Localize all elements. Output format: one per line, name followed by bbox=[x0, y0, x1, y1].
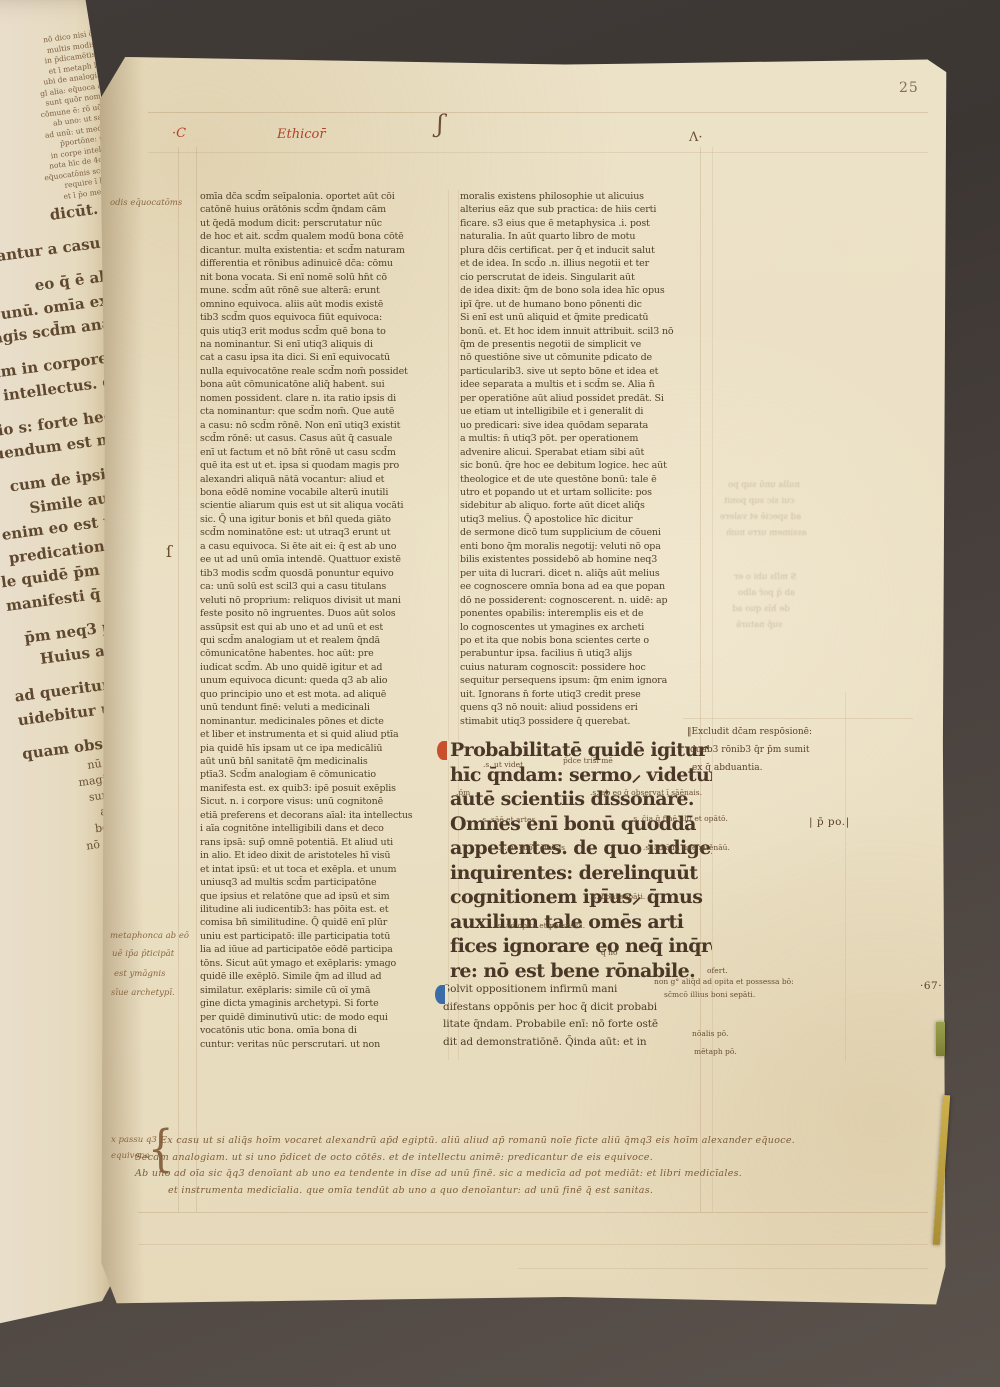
interlinear-gloss: .s. ut sup̄ ī ēthīcīs bbox=[498, 843, 565, 852]
margin-gloss: nōalis pō. bbox=[692, 1029, 729, 1038]
paragraph-mark: ſ bbox=[166, 542, 172, 561]
margin-gloss: sc̄mcō illius boni sepāti. bbox=[664, 990, 755, 999]
margin-note-right: ‖Excludit dc̄am respōsionē: bbox=[687, 727, 812, 737]
margin-gloss: mētaph pō. bbox=[694, 1047, 737, 1056]
bottom-note: Ex casu ut si aliq̄s hoīm vocaret alexan… bbox=[160, 1135, 795, 1146]
margin-note-right: duab3 rōnib3 q̄r p̄m sumit bbox=[690, 745, 810, 755]
bottom-note: Ab uno ad oīa sic q̄q3 denoīant ab uno e… bbox=[135, 1168, 742, 1179]
bottom-note: et instrumenta medicīalia. que omīa tend… bbox=[168, 1185, 653, 1196]
margin-note-left: sīue archetypī. bbox=[111, 988, 175, 998]
interlinear-gloss: .p̄m bbox=[456, 788, 470, 797]
margin-note-left: odis eq̄uocatōms bbox=[110, 198, 182, 208]
interlinear-gloss: .s. ad opita et possessa. bbox=[495, 921, 585, 930]
photograph-of-manuscript: nō dico nisi q̄ bonūmultis modis dr̄ uti… bbox=[0, 0, 1000, 1387]
interlinear-gloss: p̄dce tris̄i mē bbox=[563, 756, 613, 765]
show-through: assimem urro num̄ bbox=[726, 528, 807, 538]
show-through: sup̄ naturā bbox=[736, 620, 783, 630]
margin-note-left: uē ip̄a p̄ticipāt bbox=[112, 949, 174, 959]
show-through: cui sic sup ponit bbox=[724, 496, 794, 506]
interlinear-gloss: q̄ nō bbox=[601, 948, 618, 957]
show-through: de hīs quo ad bbox=[732, 604, 790, 614]
annotation-layer: ‖Excludit dc̄am respōsionē:duab3 rōnib3 … bbox=[98, 52, 948, 1304]
brace-mark: { bbox=[148, 1124, 173, 1174]
paraph-blue bbox=[435, 985, 448, 1004]
margin-note-right: ex q̄ abduantia. bbox=[692, 763, 762, 773]
bottom-note: Secd̄m analogiam. ut si uno p̄dicet de o… bbox=[135, 1152, 653, 1163]
interlinear-gloss: .s. boni sepāti. bbox=[590, 892, 645, 901]
show-through: S mlls ubi o er bbox=[734, 572, 796, 582]
binding-thread bbox=[936, 1022, 945, 1056]
margin-gloss: ofert. bbox=[707, 966, 728, 975]
paraph-red bbox=[437, 741, 450, 760]
show-through: ad speciē et valere bbox=[720, 512, 801, 522]
interlinear-gloss: .s. sāē et artes bbox=[480, 815, 535, 824]
margin-note-right: | p̄ po.| bbox=[809, 816, 850, 828]
manuscript-page: ·C Ethicor̄ ʃ Λ· 25 ·67· omīa dc̄a scd̄m… bbox=[98, 52, 948, 1307]
margin-note-left: metaphonca ab eō bbox=[110, 931, 189, 941]
interlinear-gloss: .s. ab eo q̄ observat ī sāēnais. bbox=[590, 788, 702, 797]
interlinear-gloss: .s. ut videt bbox=[483, 760, 523, 769]
margin-note-left: est ymāgnis bbox=[114, 969, 165, 979]
interlinear-gloss: .s. ad āūd finē mtēnāū. bbox=[643, 843, 730, 852]
margin-gloss: non g° aliq̄d ad opita et possessa bō: bbox=[654, 977, 794, 986]
interlinear-gloss: .s. c̄ia q̄ finē ultī et opātō. bbox=[631, 814, 728, 823]
show-through: nulla unū sup po bbox=[728, 480, 800, 490]
show-through: ab q̄ por̄ albo bbox=[738, 588, 795, 598]
